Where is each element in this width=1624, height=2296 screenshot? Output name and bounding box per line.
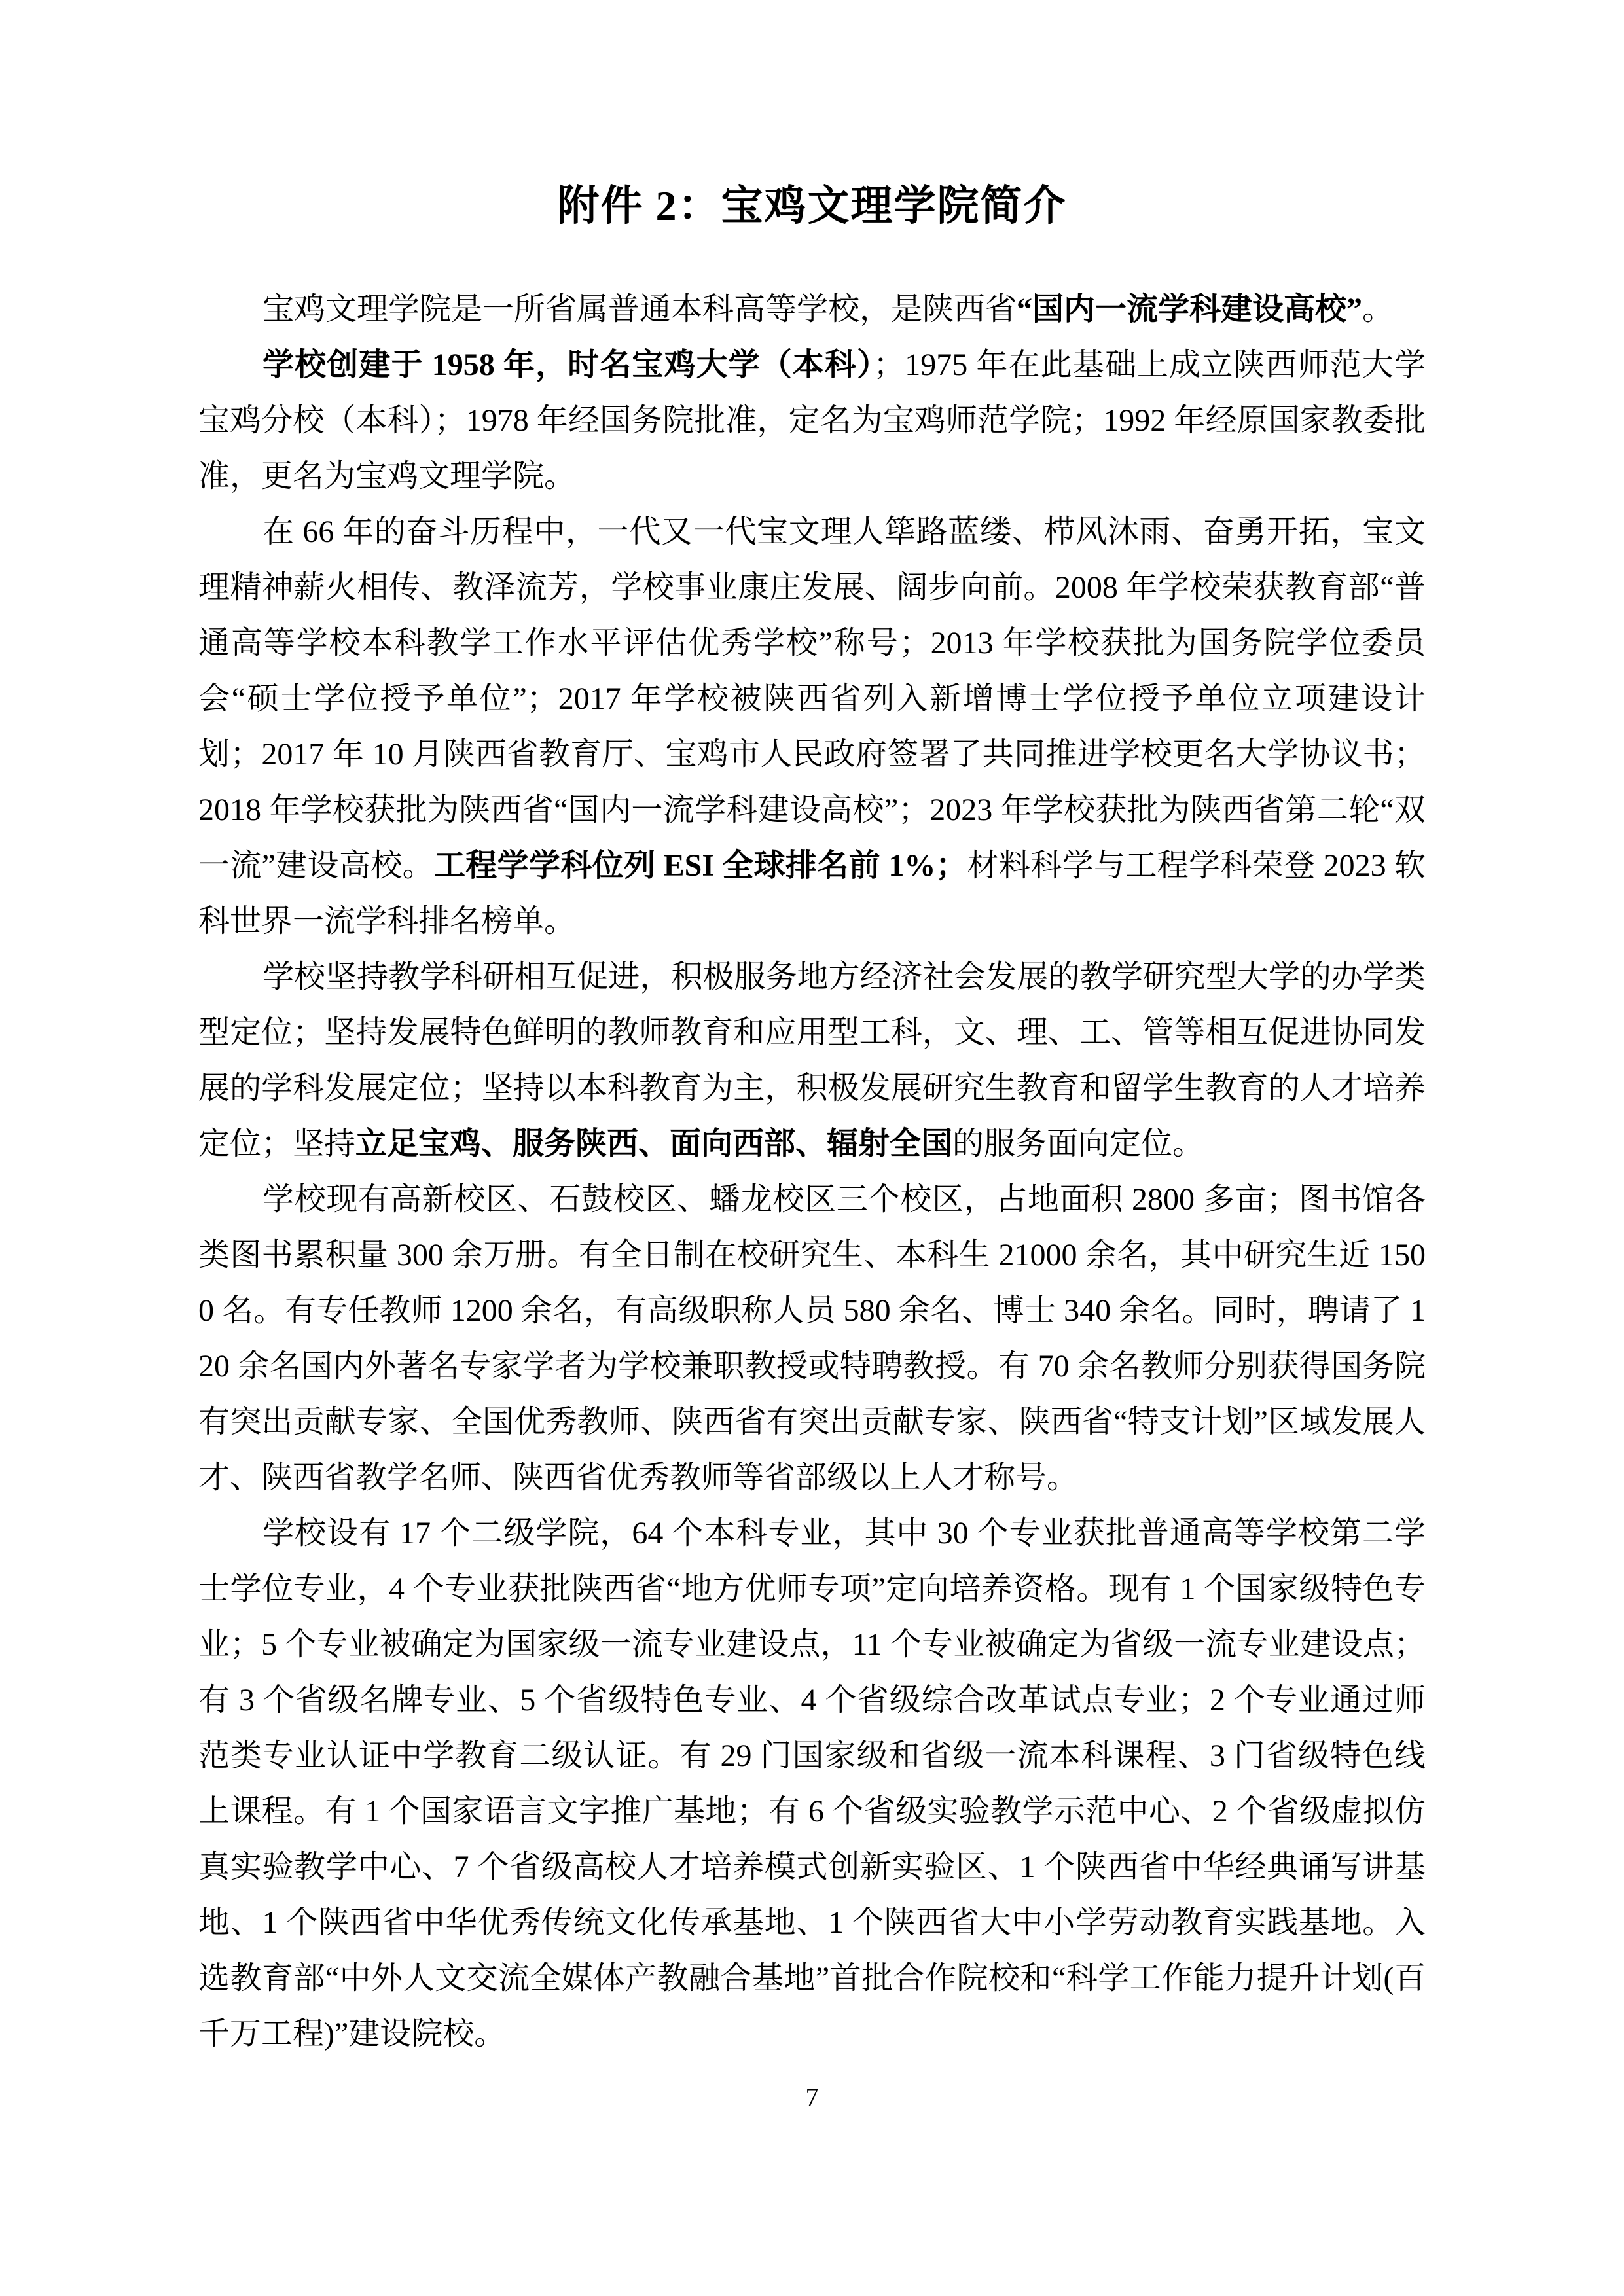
page-number: 7 [806,2083,819,2112]
text-run: 宝鸡文理学院是一所省属普通本科高等学校，是陕西省 [262,292,1017,327]
paragraph: 学校坚持教学科研相互促进，积极服务地方经济社会发展的教学研究型大学的办学类型定位… [198,949,1426,1172]
bold-text-run: 立足宝鸡、服务陕西、面向西部、辐射全国 [355,1126,952,1161]
document-title: 附件 2：宝鸡文理学院简介 [198,182,1426,230]
bold-text-run: 工程学学科位列 ESI 全球排名前 1%； [434,848,967,883]
paragraph: 学校创建于 1958 年，时名宝鸡大学（本科）；1975 年在此基础上成立陕西师… [198,337,1426,504]
text-run: 学校设有 17 个二级学院，64 个本科专业，其中 30 个专业获批普通高等学校… [198,1516,1426,2051]
paragraph: 学校现有高新校区、石鼓校区、蟠龙校区三个校区，占地面积 2800 多亩；图书馆各… [198,1172,1426,1505]
paragraph: 学校设有 17 个二级学院，64 个本科专业，其中 30 个专业获批普通高等学校… [198,1505,1426,2062]
bold-text-run: 学校创建于 1958 年，时名宝鸡大学（本科） [262,348,873,382]
document-page: 附件 2：宝鸡文理学院简介 宝鸡文理学院是一所省属普通本科高等学校，是陕西省“国… [198,182,1426,2062]
text-run: 学校现有高新校区、石鼓校区、蟠龙校区三个校区，占地面积 2800 多亩；图书馆各… [198,1182,1426,1495]
text-run: 。 [1362,292,1394,327]
paragraph: 宝鸡文理学院是一所省属普通本科高等学校，是陕西省“国内一流学科建设高校”。 [198,281,1426,337]
text-run: 在 66 年的奋斗历程中，一代又一代宝文理人筚路蓝缕、栉风沐雨、奋勇开拓，宝文理… [198,514,1426,883]
paragraph: 在 66 年的奋斗历程中，一代又一代宝文理人筚路蓝缕、栉风沐雨、奋勇开拓，宝文理… [198,504,1426,949]
page-footer: 7 [0,2085,1624,2111]
text-run: 的服务面向定位。 [952,1126,1204,1161]
bold-text-run: “国内一流学科建设高校” [1017,292,1362,327]
